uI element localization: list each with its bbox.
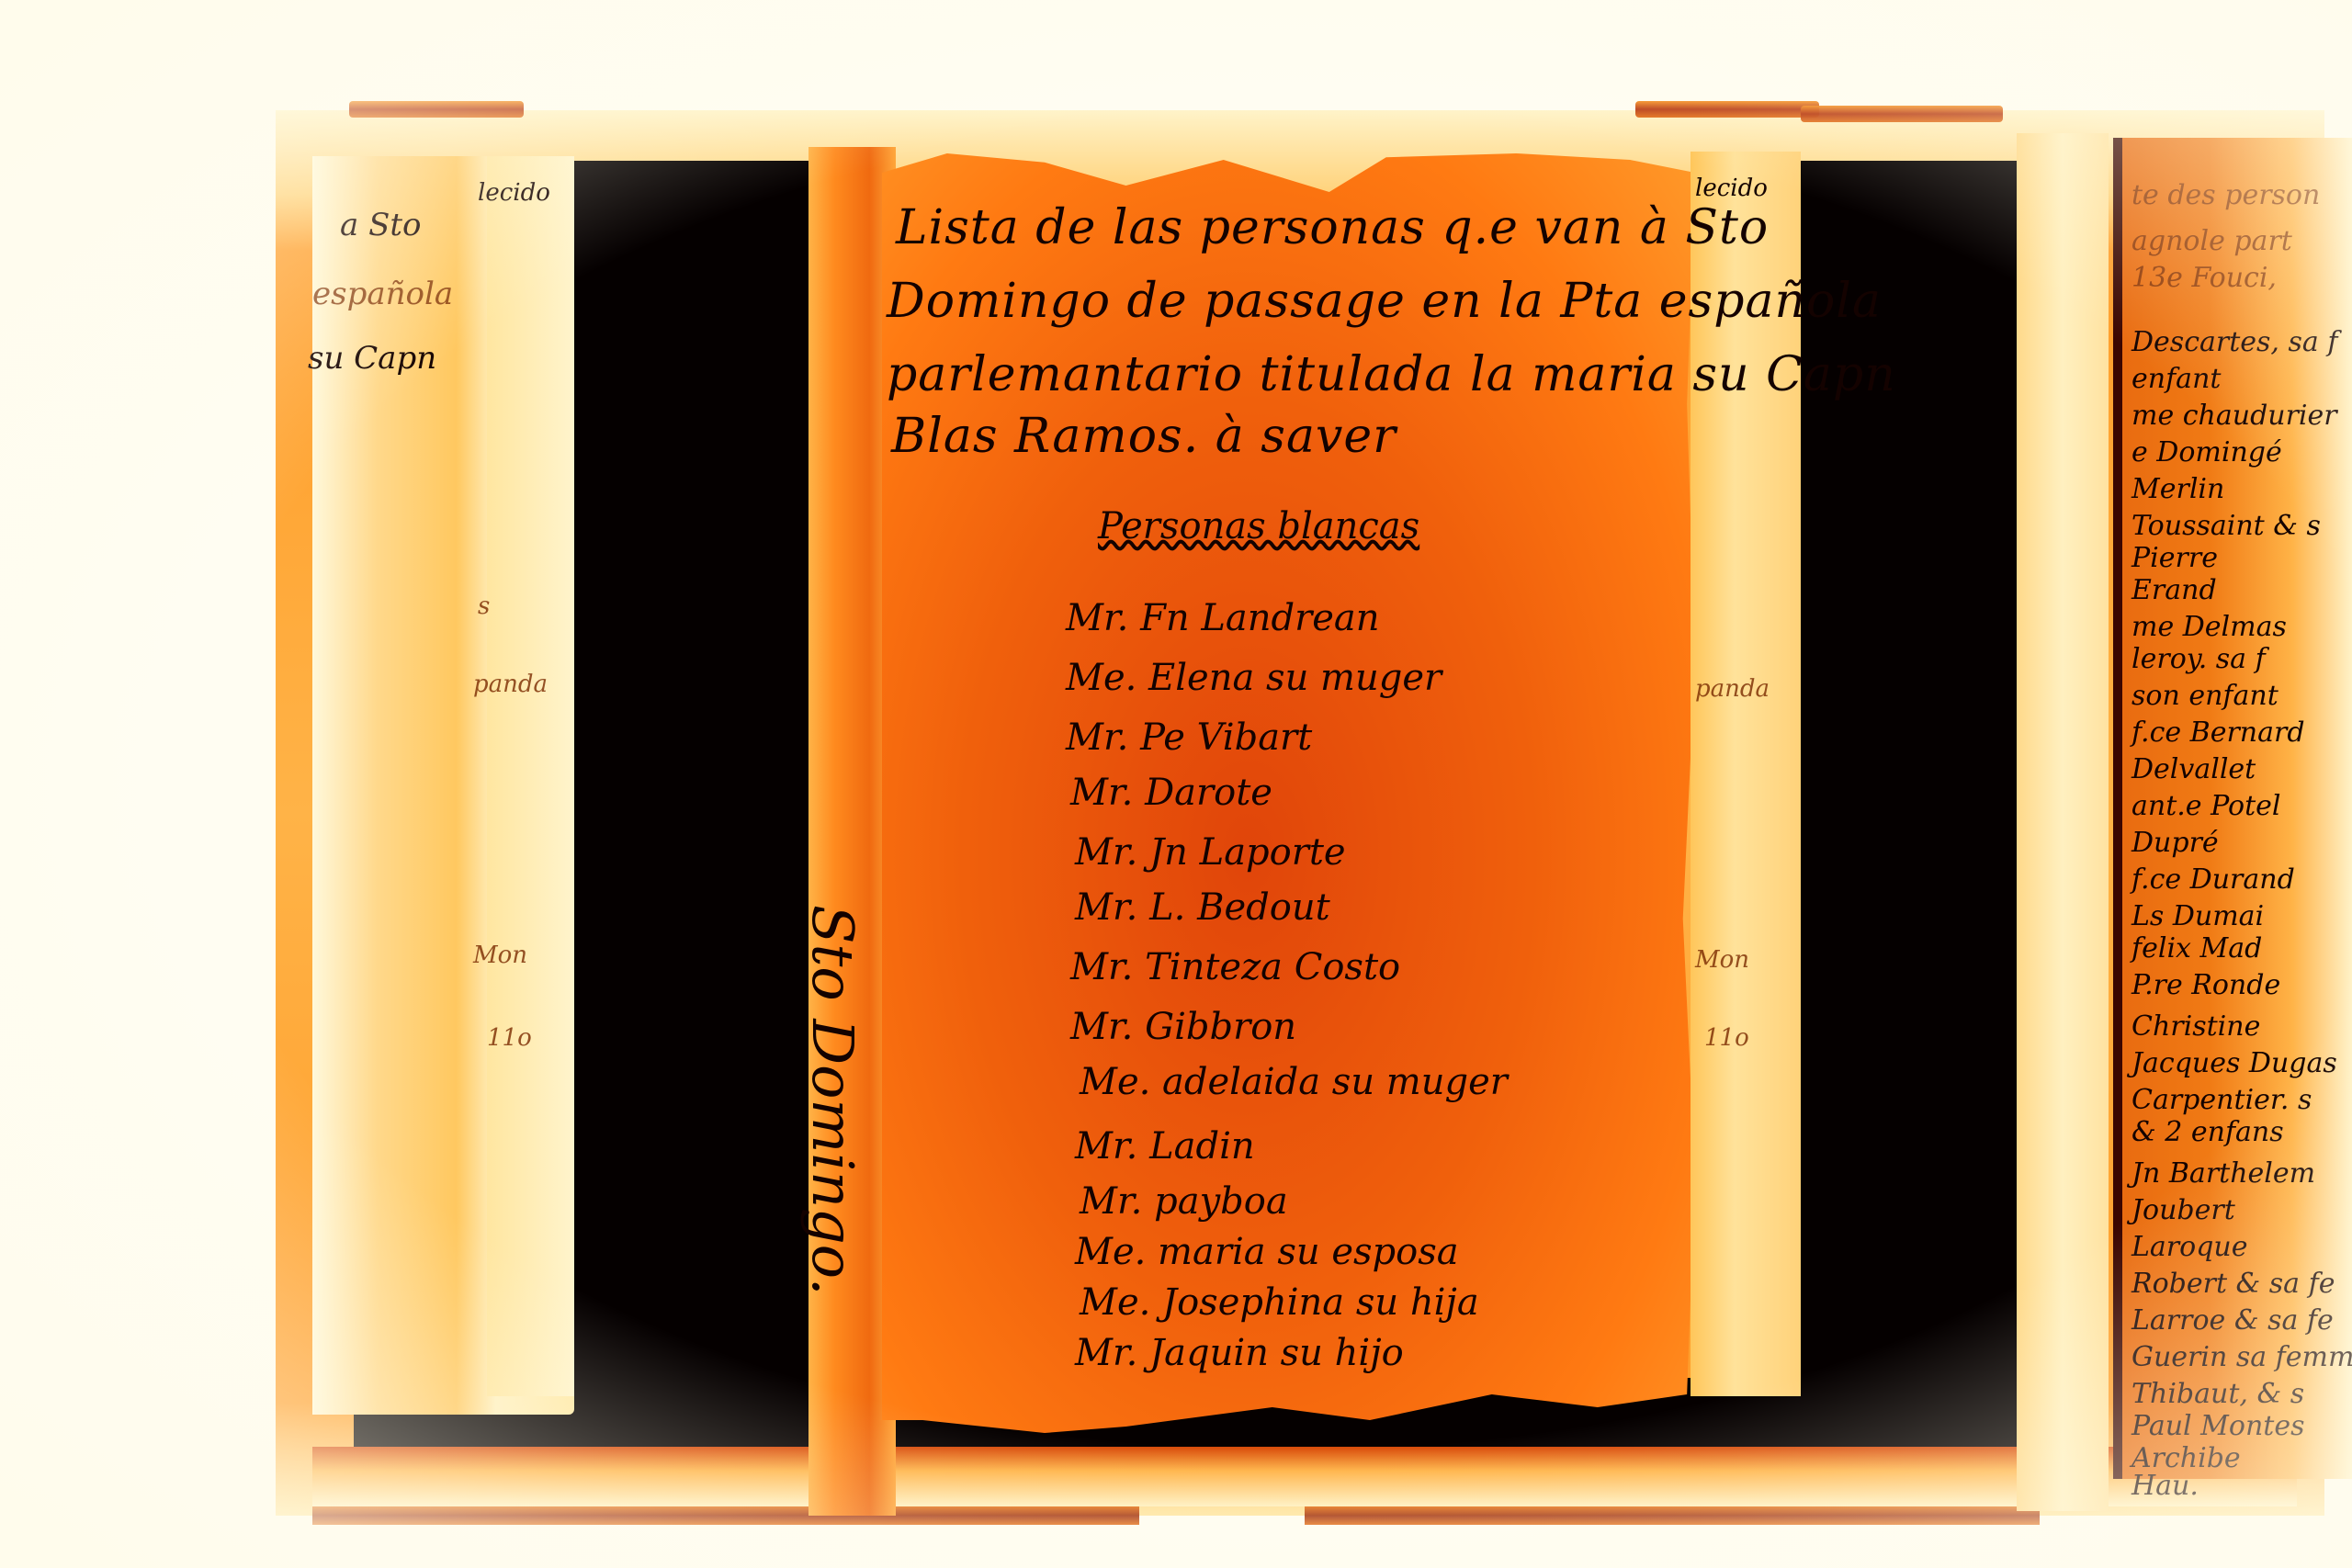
frame-bottom-edge	[1305, 1506, 2040, 1525]
left-page-line: española	[312, 276, 453, 312]
left-page-fold	[487, 156, 574, 1396]
passenger-entry: Me. adelaida su muger	[1080, 1061, 1508, 1103]
center-page-margin-strip	[1690, 152, 1801, 1396]
left-page-line: su Capn	[308, 340, 436, 377]
left-margin-note: 11o	[487, 1024, 532, 1052]
frame-bottom-ledge	[312, 1447, 2297, 1506]
passenger-entry: Mr. Gibbron	[1070, 1006, 1296, 1048]
vertical-inscription: Sto Domingo.	[799, 905, 866, 1296]
passenger-entry: Mr. L. Bedout	[1075, 886, 1330, 929]
right-page-line: son enfant	[2131, 680, 2278, 712]
right-page-line: felix Mad	[2131, 932, 2262, 964]
right-page-line: & 2 enfans	[2131, 1116, 2284, 1148]
title-line: Blas Ramos. à saver	[891, 409, 1396, 464]
right-page-line: me chaudurier	[2131, 400, 2337, 432]
right-page-line: f.ce Bernard	[2131, 716, 2305, 749]
right-page-line: Pierre	[2131, 542, 2218, 574]
right-page-line: Jn Barthelem	[2131, 1157, 2315, 1190]
right-page-line: Laroque	[2131, 1231, 2248, 1263]
right-page-line: Larroe & sa fe	[2131, 1304, 2334, 1337]
passenger-entry: Mr. Jn Laporte	[1075, 831, 1346, 874]
center-margin-note: panda	[1695, 675, 1770, 703]
title-line: Domingo de passage en la Pta española	[887, 274, 1882, 329]
passenger-entry: Mr. Fn Landrean	[1066, 597, 1380, 639]
left-page-line: a Sto	[340, 207, 422, 243]
passenger-entry: Mr. Pe Vibart	[1066, 716, 1312, 759]
right-page-line: me Delmas	[2131, 611, 2287, 643]
right-page-line: Guerin sa femm	[2131, 1341, 2352, 1373]
frame-top-edge	[349, 101, 524, 118]
passenger-entry: Me. Elena su muger	[1066, 657, 1442, 699]
right-page-line: te des person	[2131, 179, 2320, 211]
right-page-line: Ls Dumai	[2131, 900, 2264, 932]
right-page-line: Thibaut, & s	[2131, 1378, 2304, 1410]
right-page-line: f.ce Durand	[2131, 863, 2295, 896]
right-page-line: ant.e Potel	[2131, 790, 2281, 822]
right-page-line: leroy. sa f	[2131, 643, 2266, 675]
right-page-line: 13e Fouci,	[2131, 262, 2277, 294]
right-page-line: enfant	[2131, 363, 2221, 395]
right-page-line: Carpentier. s	[2131, 1084, 2312, 1116]
right-page-line: Robert & sa fe	[2131, 1268, 2335, 1300]
left-margin-note: panda	[473, 671, 548, 698]
right-page-line: Delvallet	[2131, 753, 2256, 785]
passenger-entry: Me. maria su esposa	[1075, 1231, 1459, 1273]
right-page-line: Paul Montes	[2131, 1410, 2304, 1442]
passenger-entry: Mr. Tinteza Costo	[1070, 946, 1400, 988]
right-page-line: Joubert	[2131, 1194, 2235, 1226]
title-line: parlemantario titulada la maria su Capn	[887, 347, 1896, 402]
title-line: Lista de las personas q.e van à Sto	[896, 200, 1769, 255]
passenger-entry: Mr. Jaquin su hijo	[1075, 1332, 1404, 1374]
center-margin-note: lecido	[1695, 175, 1768, 202]
center-margin-note: 11o	[1704, 1024, 1749, 1052]
passenger-entry: Mr. Ladin	[1075, 1125, 1255, 1168]
right-page-line: Merlin	[2131, 473, 2224, 505]
right-page-rule	[2113, 138, 2122, 1479]
left-margin-note: Mon	[473, 942, 527, 969]
right-page-line: Toussaint & s	[2131, 510, 2321, 542]
passenger-entry: Mr. payboa	[1080, 1180, 1288, 1223]
left-margin-note: lecido	[478, 179, 550, 207]
section-heading: Personas blancas	[1098, 505, 1419, 547]
right-page-line: e Domingé	[2131, 436, 2282, 468]
right-page-line: Christine	[2131, 1010, 2260, 1043]
right-page-line: Dupré	[2131, 827, 2219, 859]
right-page-line: Jacques Dugas	[2131, 1047, 2337, 1079]
left-margin-note: s	[478, 592, 490, 620]
right-page-line: agnole part	[2131, 225, 2292, 257]
frame-top-edge	[1801, 106, 2003, 122]
passenger-entry: Me. Josephina su hija	[1080, 1281, 1479, 1324]
background-slot	[551, 161, 818, 1465]
right-page-line: Hau.	[2131, 1470, 2199, 1502]
frame-top-edge	[1635, 101, 1819, 118]
right-page-line: P.re Ronde	[2131, 969, 2280, 1001]
center-margin-note: Mon	[1695, 946, 1749, 974]
passenger-entry: Mr. Darote	[1070, 772, 1272, 814]
right-page-line: Erand	[2131, 574, 2217, 606]
right-page-line: Descartes, sa f	[2131, 326, 2337, 358]
frame-bottom-edge	[312, 1506, 1139, 1525]
right-binding-strip	[2017, 133, 2109, 1511]
